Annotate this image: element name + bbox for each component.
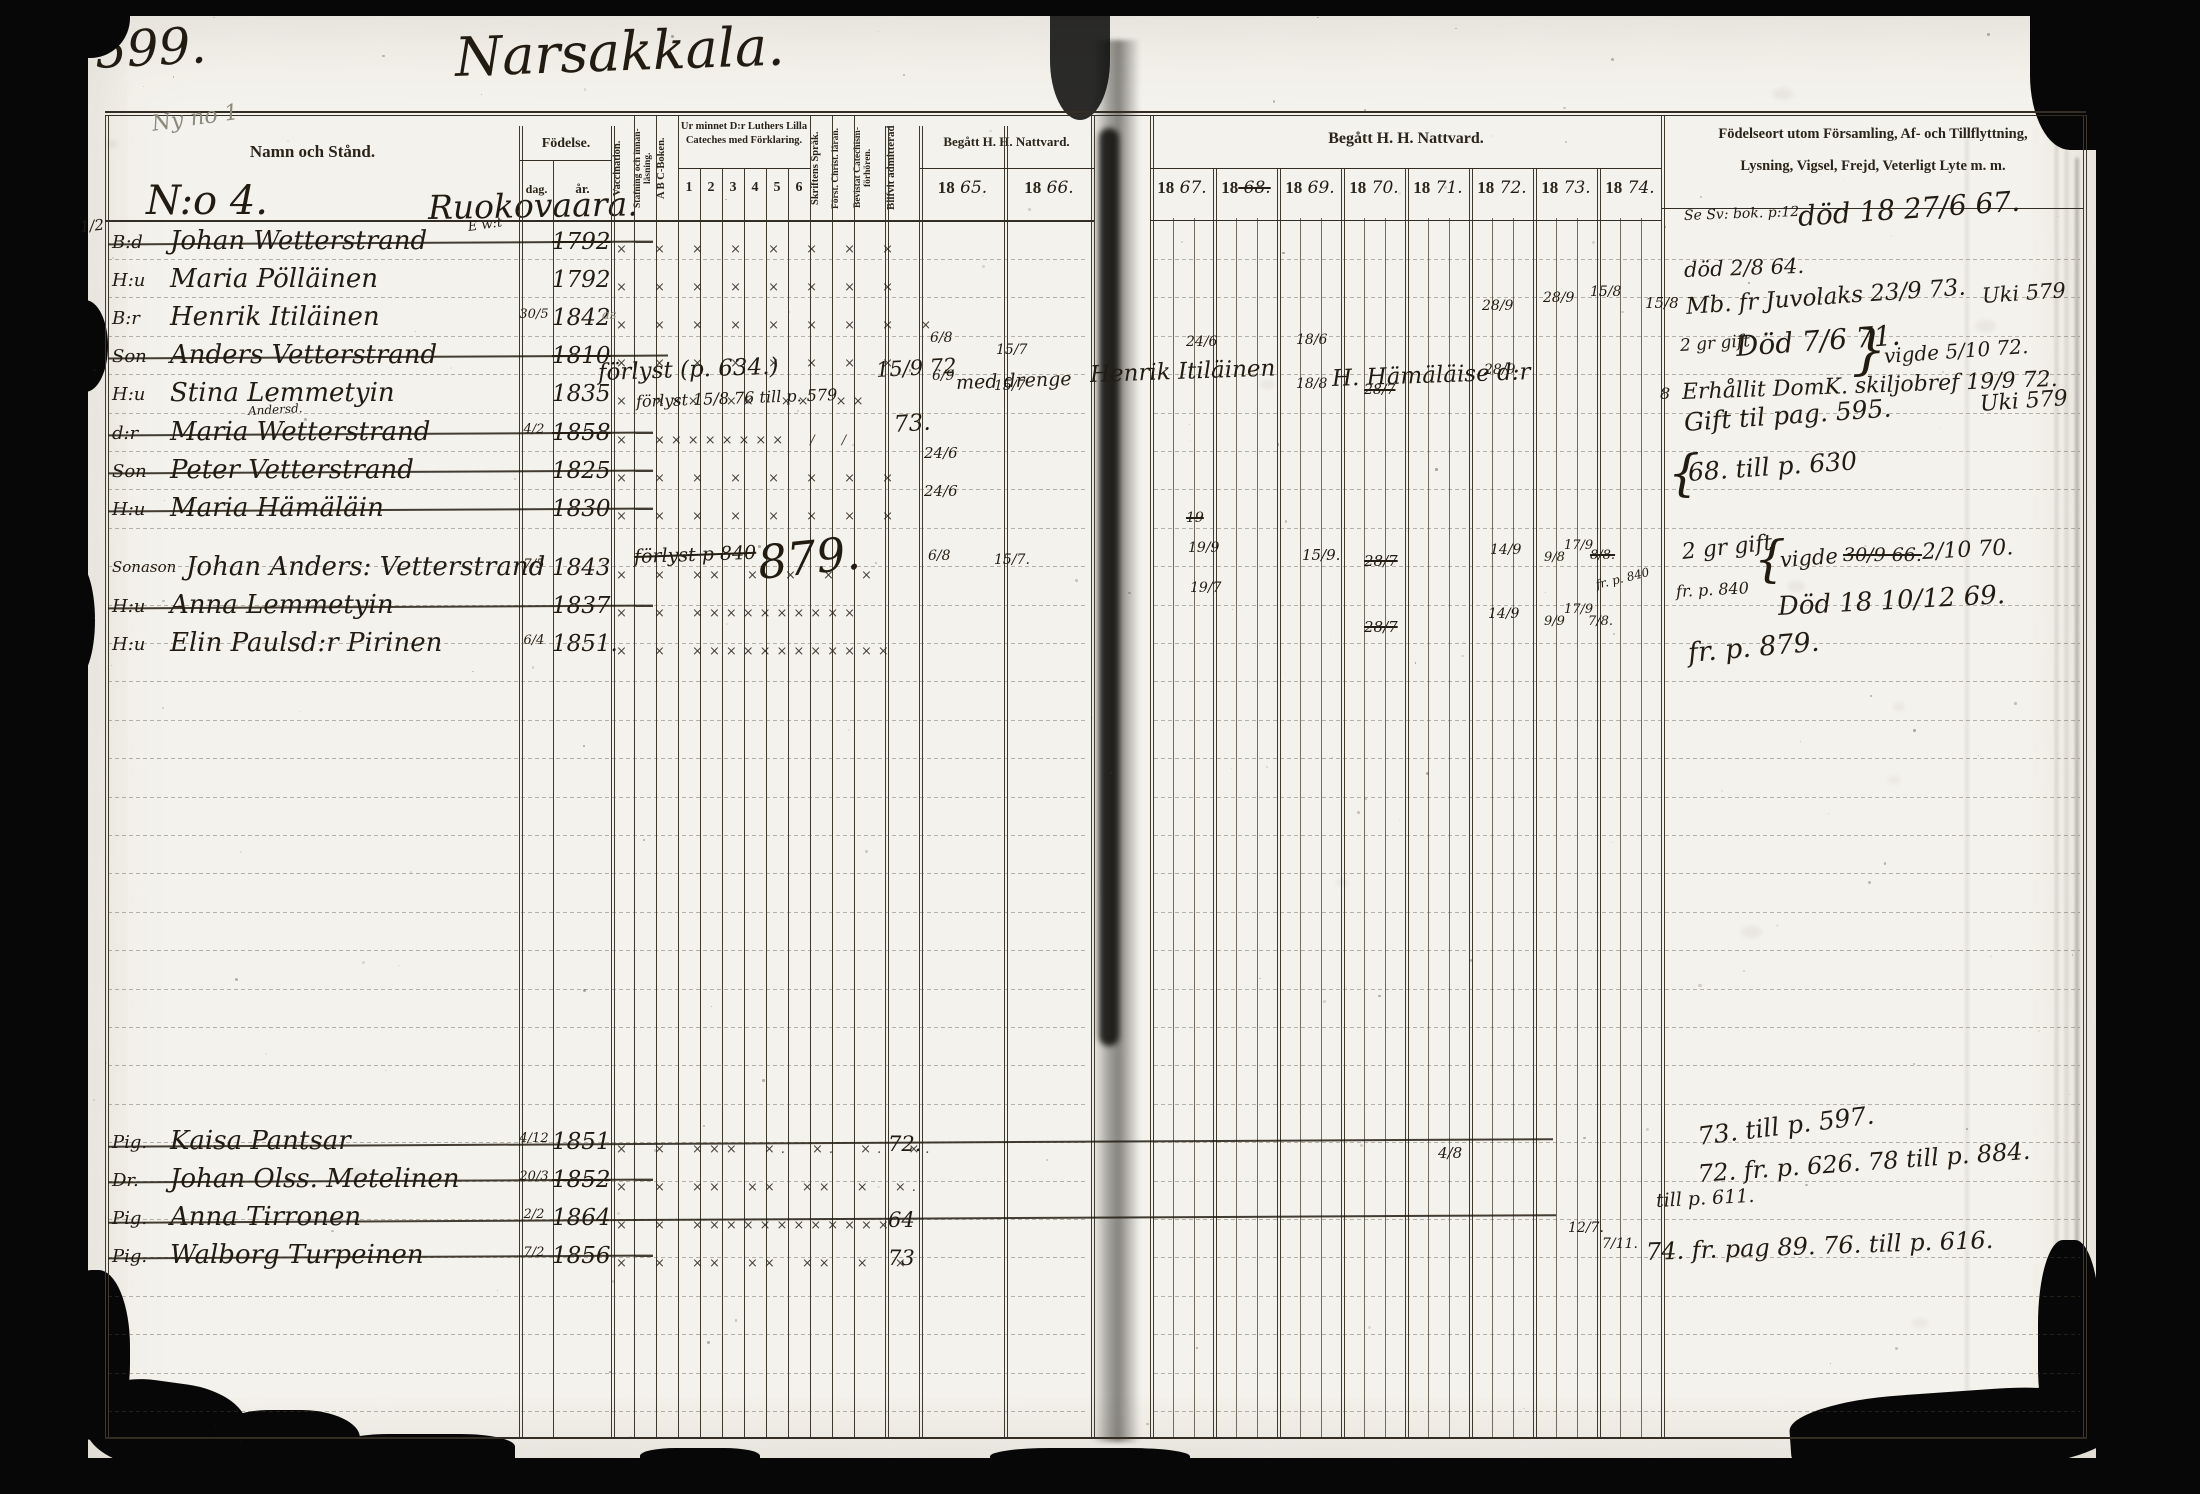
row-progress-marks: × × × × × × × × (616, 509, 899, 524)
speckle-dot (762, 1079, 765, 1082)
row-prefix: H:u (112, 634, 145, 655)
ruled-line (1154, 336, 2080, 337)
scan-border-left (0, 0, 88, 1494)
annotation: 4/8 (1438, 1144, 1462, 1162)
row-progress-marks: × × ×××××××××× (616, 606, 861, 621)
scan-border-right (2096, 0, 2200, 1494)
row-birth-year: 1792 (552, 267, 611, 293)
row-prefix: H:u (112, 499, 145, 520)
speckle-dot (612, 1280, 614, 1282)
speckle-dot (240, 851, 242, 853)
speckle-dot (235, 978, 238, 981)
grid-line (832, 115, 833, 1438)
grid-line (1257, 218, 1258, 1438)
speckle-dot (1491, 135, 1493, 137)
ruled-line (108, 259, 1088, 260)
speckle-dot (1189, 424, 1190, 425)
row-name: Elin Paulsd:r Pirinen (170, 628, 442, 658)
annotation: 6/9 (932, 368, 955, 384)
annotation: 7/8. (1588, 614, 1613, 629)
row-prefix: Pig. (112, 1132, 147, 1153)
annotation: 8 (1660, 384, 1670, 403)
col-header-birth-day: dag. (520, 182, 553, 197)
speckle-dot (514, 478, 516, 480)
annotation: as (602, 308, 616, 323)
speckle-dot (1426, 772, 1429, 775)
col-header-birth: Födelse. (520, 136, 612, 152)
speckle-dot (1196, 1347, 1198, 1349)
speckle-dot (450, 367, 452, 369)
ruled-line (1154, 259, 2080, 260)
row-progress-marks: × × × × × × × × (616, 471, 899, 486)
row-birth-year: 1852 (552, 1167, 611, 1193)
grid-line (1173, 218, 1174, 1438)
row-birth-year: 1858 (552, 420, 611, 446)
grid-line (1597, 168, 1598, 1438)
speckle-dot (1146, 1423, 1148, 1425)
ruled-line (108, 758, 1088, 759)
speckle-dot (306, 1220, 308, 1222)
grid-line (105, 220, 1094, 222)
grid-line (1641, 218, 1642, 1438)
scan-blotch (335, 1434, 515, 1476)
row-prefix: H:u (112, 384, 145, 405)
ruled-line (108, 1296, 1088, 1297)
annotation: 28/7 (1364, 552, 1398, 570)
row-birth-day: 20/3 (516, 1169, 552, 1184)
speckle-dot (1266, 766, 1268, 768)
row-progress-marks: × × × × × × × × × (616, 318, 937, 333)
grid-line (1277, 168, 1278, 1438)
grid-line (522, 126, 523, 1438)
row-admitted-year: 64 (888, 1208, 915, 1232)
speckle-dot (1461, 655, 1463, 657)
annotation: } (1852, 318, 1886, 381)
speckle-dot (848, 729, 850, 731)
grid-line (1405, 168, 1406, 1438)
row-prefix: H:u (112, 596, 145, 617)
speckle-dot (1360, 1144, 1363, 1147)
grid-line (1194, 218, 1195, 1438)
ruled-line (108, 1373, 1088, 1374)
col-header-admitted: Blifvit admitterad (886, 118, 920, 218)
row-prefix: Dr. (112, 1170, 139, 1191)
grid-line (1469, 168, 1470, 1438)
speckle-dot (1463, 641, 1465, 643)
speckle-dot (1565, 141, 1566, 142)
ruled-line (108, 797, 1088, 798)
ruled-line (108, 912, 1088, 913)
year-label: 18 74. (1598, 178, 1662, 198)
grid-line (656, 115, 657, 1438)
annotation: 28/9 (1543, 290, 1574, 306)
year-label: 18 69. (1278, 178, 1342, 198)
speckle-dot (1406, 530, 1408, 532)
annotation: 24/6 (924, 444, 958, 462)
grid-line (1513, 218, 1514, 1438)
speckle-dot (213, 17, 214, 18)
catechism-col-number: 3 (722, 180, 744, 196)
speckle-dot (2014, 702, 2017, 705)
grid-line (2086, 115, 2087, 1438)
speckle-dot (707, 1341, 710, 1344)
year-label: 18 70. (1342, 178, 1406, 198)
smudge (1741, 926, 1761, 938)
row-name: Johan Wetterstrand (170, 226, 427, 256)
grid-line (1600, 168, 1601, 1438)
annotation: 15/9. (1302, 546, 1340, 564)
ruled-line (108, 528, 1088, 529)
annotation: 19/7 (1190, 580, 1221, 596)
speckle-dot (654, 1149, 657, 1152)
ruled-line (1154, 989, 2080, 990)
row-prefix: B:r (112, 308, 140, 329)
annotation: 14/9 (1490, 542, 1521, 558)
grid-line (1004, 126, 1005, 1438)
row-name: Walborg Turpeinen (170, 1240, 424, 1270)
ruled-line (108, 1411, 1088, 1412)
grid-line (920, 168, 1094, 169)
row-birth-day: 4/12 (516, 1131, 552, 1146)
row-prefix: d:r (112, 423, 138, 444)
grid-line (1577, 218, 1578, 1438)
smudge (1788, 581, 1805, 591)
grid-line (1280, 168, 1281, 1438)
annotation: 24/6 (924, 482, 958, 500)
ruled-line (108, 873, 1088, 874)
annotation: 6/8 (928, 548, 951, 564)
row-name: Maria Pölläinen (170, 264, 378, 294)
grid-line (1449, 218, 1450, 1438)
row-prefix: Pig. (112, 1246, 147, 1267)
ruled-line (1154, 451, 2080, 452)
annotation: 17/9 (1564, 538, 1593, 553)
ruled-line (108, 720, 1088, 721)
row-birth-day: 2/2 (516, 1207, 552, 1222)
grid-line (1300, 218, 1301, 1438)
speckle-dot (877, 31, 879, 33)
grid-line (520, 160, 612, 161)
year-label: 18 67. (1150, 178, 1214, 198)
grid-line (1236, 218, 1237, 1438)
smudge (1773, 88, 1793, 100)
scan-blotch (62, 300, 108, 392)
year-label: 18 72. (1470, 178, 1534, 198)
grid-line (634, 115, 635, 1438)
row-progress-marks: × × ×× ×× ×× × ×. (616, 1180, 922, 1195)
page-title: Narsakkala. (454, 15, 785, 89)
row-birth-year: 1843 (552, 555, 611, 581)
annotation: 2/10 70. (1921, 535, 2014, 565)
annotation: 15/7. (994, 552, 1030, 568)
row-progress-marks: × × × × × × × × (616, 280, 899, 295)
grid-line (1344, 168, 1345, 1438)
ruled-line (1154, 643, 2080, 644)
annotation: 6/8 (930, 330, 953, 346)
grid-line (1472, 168, 1473, 1438)
speckle-dot (1285, 672, 1286, 673)
grid-line (678, 168, 811, 169)
remarks-header-line2: Lysning, Vigsel, Frejd, Veterligt Lyte m… (1662, 158, 2084, 175)
row-birth-day: 7/2 (516, 1245, 552, 1260)
speckle-dot (1368, 1326, 1371, 1329)
ruled-line (1154, 413, 2080, 414)
scan-blotch (1050, 0, 1110, 120)
scan-blotch (640, 1448, 760, 1474)
speckle-dot (1748, 282, 1749, 283)
grid-line (810, 115, 811, 1438)
grid-line (105, 115, 106, 1438)
speckle-dot (602, 561, 604, 563)
row-prefix: Pig. (112, 1208, 147, 1229)
grid-line (1341, 168, 1342, 1438)
ruled-line (1154, 1373, 2080, 1374)
ruled-line (1154, 489, 2080, 490)
ruled-line (1154, 1296, 2080, 1297)
speckle-dot (1364, 798, 1367, 801)
annotation: med drenge (956, 368, 1072, 394)
row-birth-year: 1830 (552, 496, 611, 522)
row-progress-marks: × ×××××××× / / (616, 433, 852, 448)
year-label: 18 73. (1534, 178, 1598, 198)
ruled-line (1154, 1219, 2080, 1220)
ruled-line (108, 681, 1088, 682)
row-prefix: Son (112, 461, 147, 482)
grid-line (1091, 115, 1092, 1438)
row-progress-marks: × × ×××××××××××× (616, 644, 895, 659)
annotation: 30/9 66. (1843, 544, 1922, 566)
speckle-dot (1435, 468, 1437, 470)
scan-blotch (2038, 1240, 2100, 1450)
catechism-col-number: 6 (788, 180, 810, 196)
scanned-parish-register: 599. Narsakkala. N:o 4. Ruokovaara. Namn… (0, 0, 2200, 1494)
row-prefix: Son (112, 346, 147, 367)
col-header-attended-exams: Bevistat Catechism-förhören. (854, 118, 886, 218)
col-header-abc-book: A B C-Boken. (656, 118, 678, 218)
row-name: Johan Olss. Metelinen (170, 1164, 460, 1194)
smudge (346, 1168, 365, 1179)
ruled-line (1154, 950, 2080, 951)
row-name: Anna Lemmetyin (170, 590, 394, 620)
annotation: 8/8. (1590, 548, 1615, 563)
grid-line (1150, 168, 1662, 169)
catechism-col-number: 1 (678, 180, 700, 196)
speckle-dot (1128, 592, 1131, 595)
speckle-dot (1646, 1128, 1649, 1131)
speckle-dot (1217, 173, 1219, 175)
annotation: 879. (755, 525, 863, 589)
speckle-dot (982, 265, 985, 268)
ruled-line (108, 297, 1088, 298)
grid-line (854, 115, 855, 1438)
row-birth-year: 1851. (552, 631, 618, 657)
col-header-spelling: Stafning och innan-läsning. (634, 118, 656, 218)
household-number: N:o 4. (146, 178, 268, 224)
speckle-dot (316, 471, 317, 472)
annotation: 7/11. (1602, 1236, 1638, 1252)
grid-line (1620, 218, 1621, 1438)
speckle-dot (93, 369, 95, 371)
catechism-col-number: 2 (700, 180, 722, 196)
row-birth-year: 1837 (552, 593, 611, 619)
speckle-dot (877, 1186, 879, 1188)
speckle-dot (1611, 58, 1614, 61)
speckle-dot (789, 1436, 790, 1437)
col-header-doctrine: Först. Christ. läran. (832, 118, 854, 218)
ruled-line (108, 1065, 1088, 1066)
speckle-dot (875, 562, 877, 564)
speckle-dot (1317, 17, 1319, 19)
row-prefix: Sonason (112, 558, 176, 576)
row-name: Peter Vetterstrand (170, 455, 414, 485)
grid-line (105, 1437, 2087, 1439)
speckle-dot (1285, 520, 1288, 523)
annotation: förlyst p 840 (634, 542, 757, 568)
speckle-dot (287, 140, 289, 142)
ruled-line (1154, 1411, 2080, 1412)
speckle-dot (1323, 1000, 1326, 1003)
grid-line (1385, 218, 1386, 1438)
speckle-dot (300, 711, 301, 712)
catechism-col-number: 5 (766, 180, 788, 196)
scan-blotch (2030, 0, 2110, 150)
annotation: 9/9 (1544, 614, 1565, 629)
ruled-line (1154, 720, 2080, 721)
grid-line (1536, 168, 1537, 1438)
annotation: 15/8 (1645, 294, 1679, 312)
row-birth-day: 4/2 (516, 422, 552, 437)
row-name: Kaisa Pantsar (170, 1126, 351, 1156)
speckle-dot (1028, 208, 1031, 211)
annotation: 12/7. (1568, 1220, 1604, 1236)
grid-line (105, 115, 2086, 116)
speckle-dot (1378, 995, 1380, 997)
ruled-line (108, 989, 1088, 990)
annotation: 28/7 (1364, 382, 1395, 398)
speckle-dot (112, 257, 114, 259)
remarks-header-line1: Födelseort utom Församling, Af- och Till… (1662, 126, 2084, 143)
smudge (1260, 380, 1275, 389)
grid-line (1428, 218, 1429, 1438)
grid-line (1007, 126, 1008, 1438)
speckle-dot (1346, 987, 1348, 989)
row-prefix: B:d (112, 232, 143, 253)
row-progress-marks: × × ×××××××××××× (616, 1218, 895, 1233)
speckle-dot (362, 961, 365, 964)
speckle-dot (1075, 579, 1078, 582)
annotation: 19/9 (1188, 540, 1219, 556)
speckle-dot (1913, 1063, 1915, 1065)
ruled-line (1154, 528, 2080, 529)
ruled-line (1154, 681, 2080, 682)
col-header-birth-year: år. (553, 181, 612, 197)
row-progress-marks: × × × × × × × × (616, 242, 899, 257)
row-name: Maria Wetterstrand (170, 417, 430, 447)
annotation: 14/9 (1488, 606, 1519, 622)
smudge (1975, 320, 1996, 333)
speckle-dot (758, 545, 761, 548)
row-progress-marks: × × ×× ×× ×× × × (616, 1256, 912, 1271)
annotation: 19 (1186, 510, 1204, 526)
ruled-line (1154, 566, 2080, 567)
ruled-line (108, 1104, 1088, 1105)
grid-line (1408, 168, 1409, 1438)
annotation: 9/8 (1544, 550, 1565, 565)
ruled-line (1154, 1334, 2080, 1335)
book-gutter-core (1099, 128, 1119, 1046)
speckle-dot (1523, 1408, 1525, 1410)
speckle-dot (903, 74, 904, 75)
grid-line (1153, 115, 1154, 1438)
col-header-catechism: Ur minnet D:r Luthers Lilla Cateches med… (678, 120, 810, 147)
smudge (1893, 703, 1905, 710)
col-header-name: Namn och Stånd. (105, 142, 520, 162)
grid-line (1150, 115, 1151, 1438)
ruled-line (1154, 758, 2080, 759)
row-prefix: H:u (112, 270, 145, 291)
speckle-dot (385, 1070, 386, 1071)
page-edge-line (2076, 158, 2078, 1420)
speckle-dot (1613, 633, 1615, 635)
annotation: 73. (893, 409, 931, 437)
ruled-line (1154, 1027, 2080, 1028)
speckle-dot (725, 199, 727, 201)
ruled-line (1154, 912, 2080, 913)
col-header-communion-right: Begått H. H. Nattvard. (1150, 130, 1662, 148)
row-birth-year: 1851 (552, 1129, 611, 1155)
row-name: Anders Vetterstrand (170, 340, 437, 370)
speckle-dot (214, 1425, 216, 1427)
ruled-line (108, 1027, 1088, 1028)
speckle-dot (304, 418, 307, 421)
speckle-dot (584, 88, 587, 91)
speckle-dot (1444, 186, 1447, 189)
speckle-dot (1357, 811, 1360, 814)
speckle-dot (1948, 1253, 1950, 1255)
row-birth-day: 6/4 (516, 633, 552, 648)
ruled-line (108, 950, 1088, 951)
grid-line (1533, 168, 1534, 1438)
scan-blotch (0, 0, 130, 58)
speckle-dot (1864, 545, 1866, 547)
smudge (1912, 1318, 1928, 1327)
col-header-vaccination: Vaccination. (612, 118, 634, 218)
speckle-dot (609, 1371, 611, 1373)
col-header-scripture: Skriftens Språk. (810, 118, 832, 218)
annotation: 18/6 (1296, 332, 1327, 348)
speckle-dot (143, 86, 144, 87)
ruled-line (108, 835, 1088, 836)
row-birth-day: 30/5 (516, 307, 552, 322)
row-birth-year: 1792 (552, 229, 611, 255)
speckle-dot (162, 600, 165, 603)
row-admitted-year: 72. (888, 1132, 921, 1156)
speckle-dot (1470, 959, 1473, 962)
year-label: 18 65. (920, 178, 1005, 198)
annotation: 1/2 (79, 216, 105, 236)
annotation: 28/7 (1364, 618, 1398, 636)
grid-line (1364, 218, 1365, 1438)
row-birth-year: 1856 (552, 1243, 611, 1269)
ruled-line (1154, 835, 2080, 836)
annotation: 24/6 (1186, 334, 1217, 350)
annotation: Andersd. (248, 401, 303, 418)
speckle-dot (583, 745, 585, 747)
annotation: fr. p. 840 (1676, 578, 1750, 601)
ruled-line (1154, 1181, 2080, 1182)
ruled-line (1154, 797, 2080, 798)
ruled-line (1154, 1065, 2080, 1066)
